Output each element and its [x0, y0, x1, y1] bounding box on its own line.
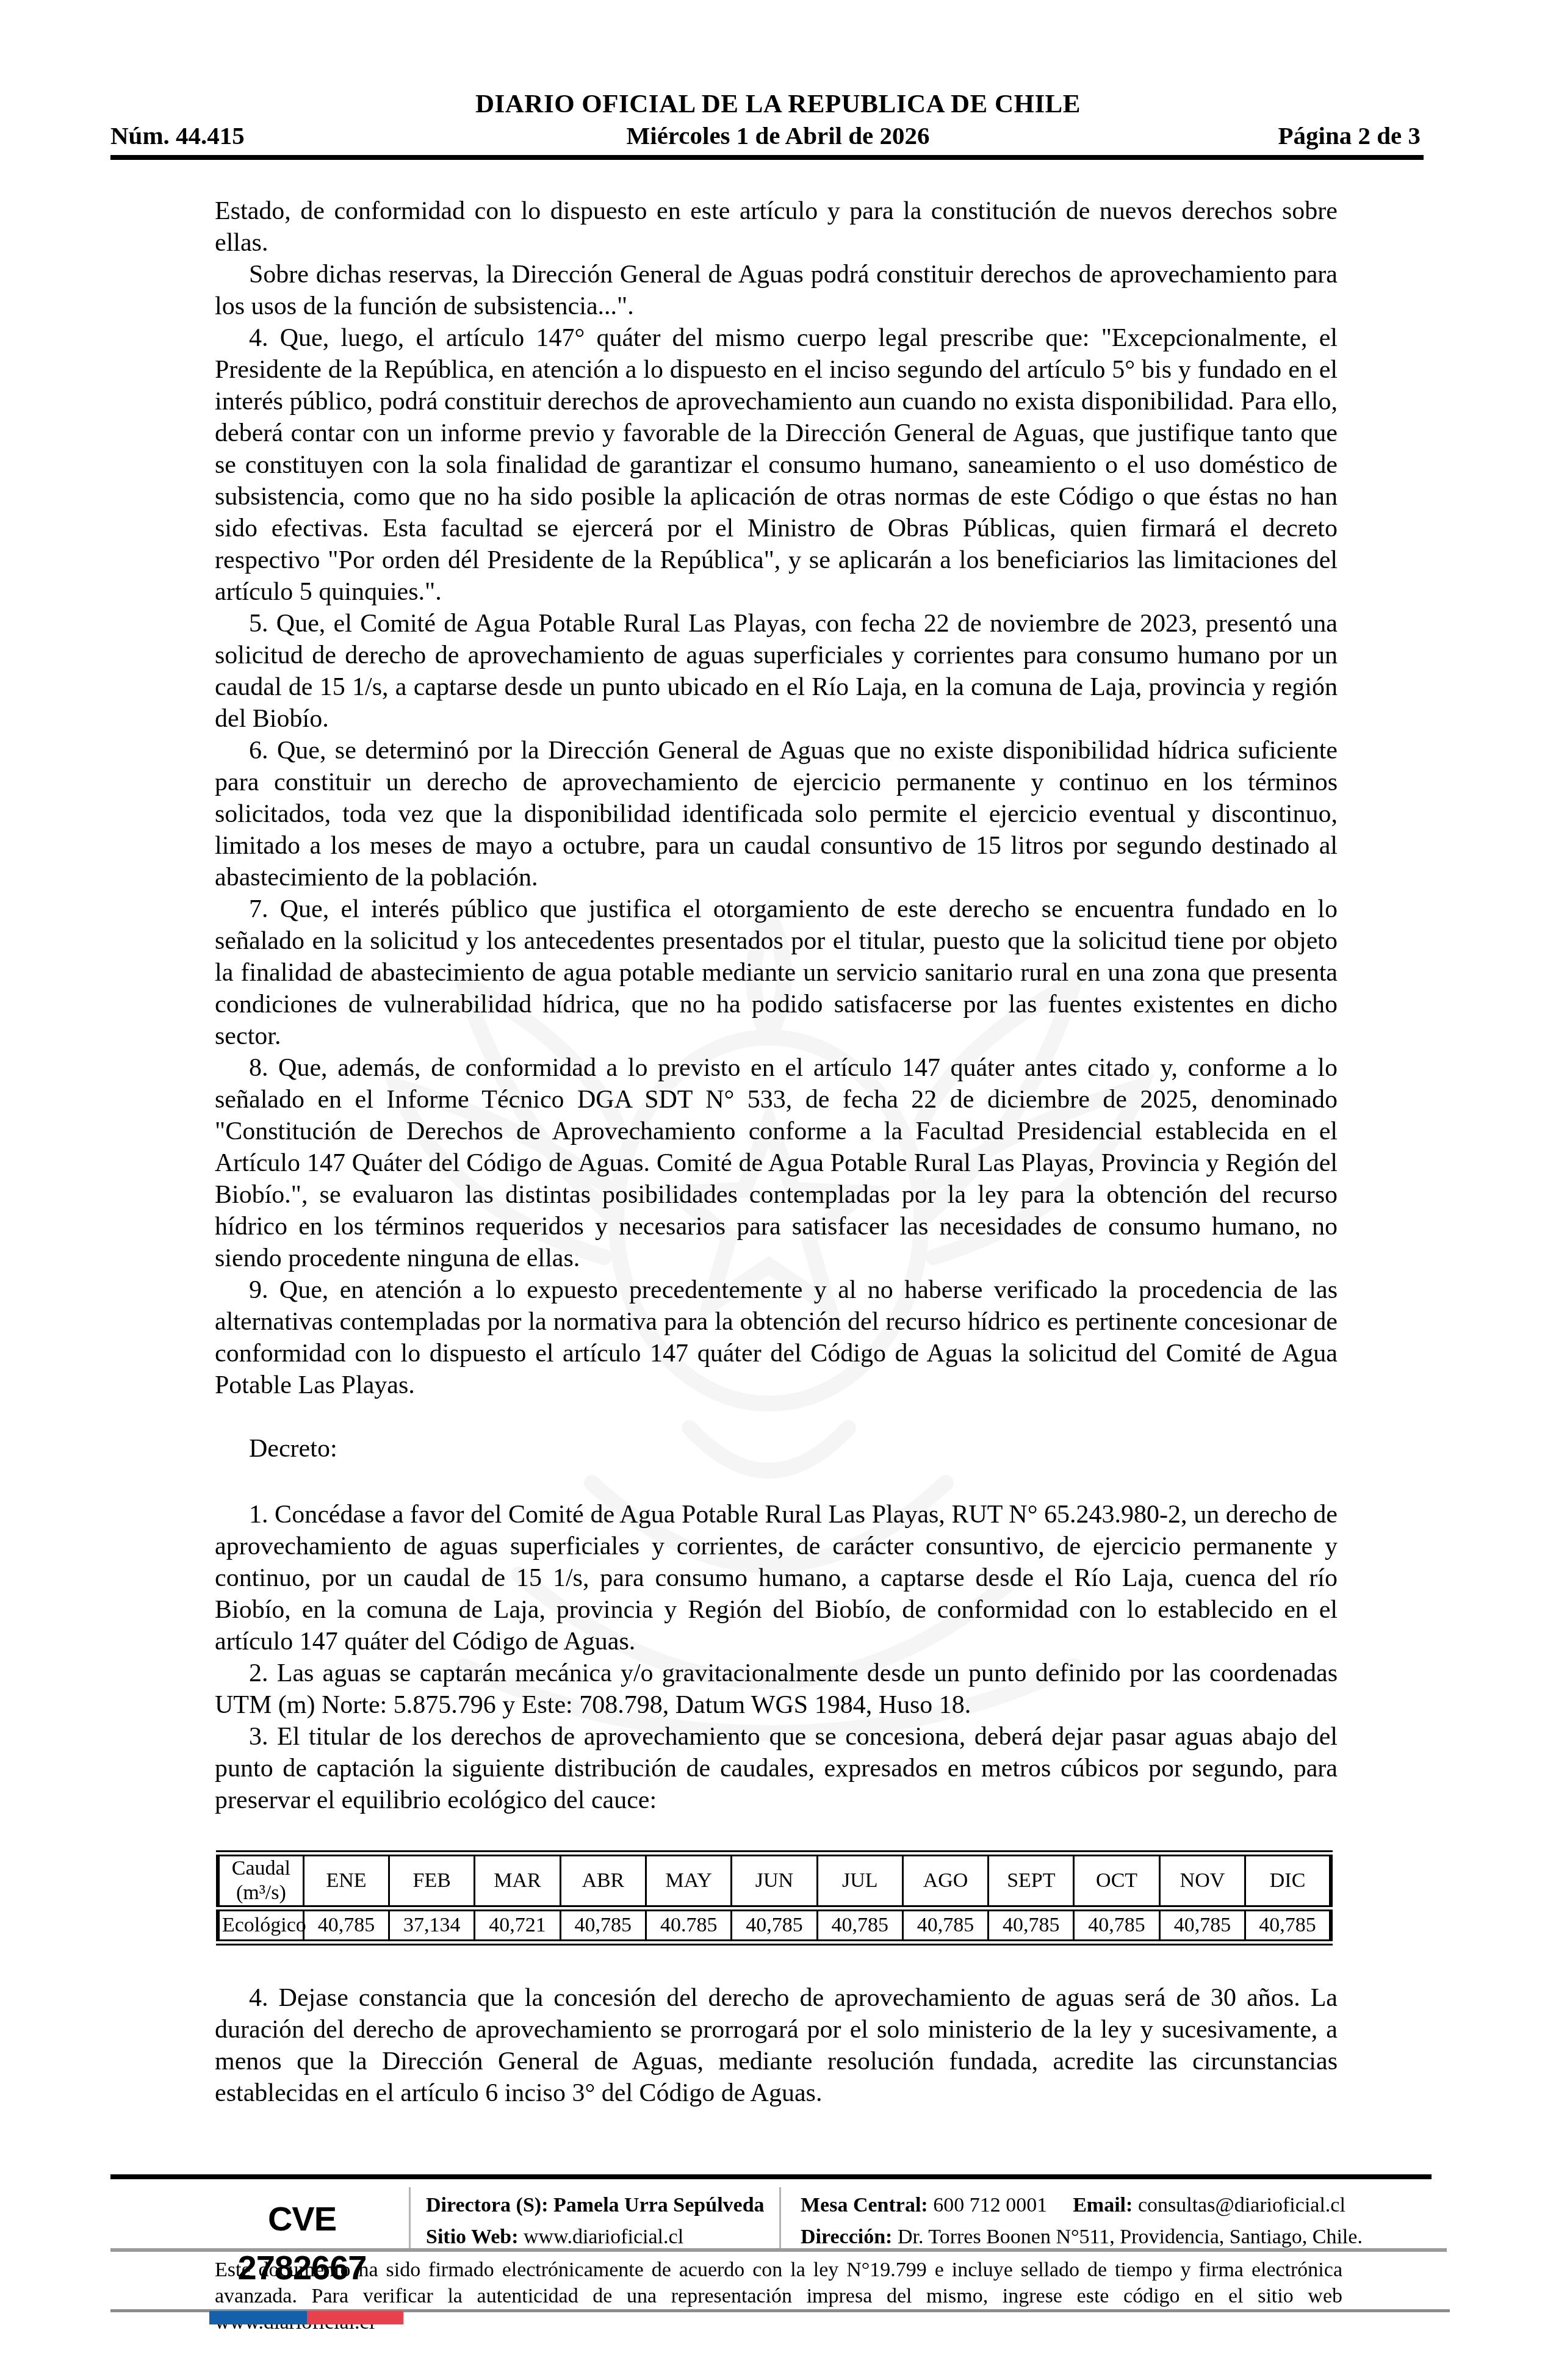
table-header-cell: AGO — [902, 1853, 988, 1908]
table-cell: 40.785 — [646, 1908, 731, 1942]
body-paragraph: Estado, de conformidad con lo dispuesto … — [215, 195, 1338, 259]
table-cell: 40,785 — [817, 1908, 902, 1942]
page-indicator: Página 2 de 3 — [1278, 121, 1421, 150]
caudal-distribution-table: Caudal (m³/s)ENEFEBMARABRMAYJUNJULAGOSEP… — [216, 1850, 1333, 1945]
footer-label-value: Directora (S): Pamela Urra Sepúlveda — [426, 2194, 765, 2216]
table-cell: 40,785 — [902, 1908, 988, 1942]
body-paragraph: Sobre dichas reservas, la Dirección Gene… — [215, 259, 1338, 322]
table-header-cell: OCT — [1074, 1853, 1159, 1908]
table-cell: 40,785 — [303, 1908, 389, 1942]
body-paragraph: 3. El titular de los derechos de aprovec… — [215, 1721, 1338, 1816]
table-cell: Ecológico — [218, 1908, 303, 1942]
footer-value: consultas@diarioficial.cl — [1138, 2194, 1345, 2216]
table-cell: 40,785 — [732, 1908, 817, 1942]
body-paragraph: 6. Que, se determinó por la Dirección Ge… — [215, 735, 1338, 893]
footer-divider-2 — [779, 2187, 781, 2251]
footer-value: 600 712 0001 — [933, 2194, 1047, 2216]
footer-label: Mesa Central: — [801, 2194, 933, 2216]
footer-value: Dr. Torres Boonen N°511, Providencia, Sa… — [898, 2226, 1363, 2248]
footer-value: www.diarioficial.cl — [524, 2226, 683, 2248]
footer-label-value: Dirección: Dr. Torres Boonen N°511, Prov… — [801, 2226, 1363, 2248]
table-header-cell: NOV — [1159, 1853, 1245, 1908]
table-header-cell: MAR — [475, 1853, 560, 1908]
table-cell: 40,785 — [560, 1908, 646, 1942]
table-cell: 40,721 — [475, 1908, 560, 1942]
document-body: Estado, de conformidad con lo dispuesto … — [215, 195, 1338, 2109]
table-header-cell: MAY — [646, 1853, 731, 1908]
table-cell: 37,134 — [389, 1908, 475, 1942]
diario-oficial-page: DIARIO OFICIAL DE LA REPUBLICA DE CHILE … — [0, 0, 1556, 2380]
footer-gray-rule-1 — [110, 2248, 1447, 2252]
body-paragraph: 5. Que, el Comité de Agua Potable Rural … — [215, 608, 1338, 735]
footer-label-value: Sitio Web: www.diarioficial.cl — [426, 2226, 683, 2248]
gov-flag-blue-bar — [209, 2311, 307, 2324]
table-cell: 40,785 — [1074, 1908, 1159, 1942]
footer-label: Sitio Web: — [426, 2226, 524, 2248]
footer-contact-block: Mesa Central: 600 712 0001Email: consult… — [801, 2190, 1435, 2253]
footer-label: Email: — [1073, 2194, 1138, 2216]
body-paragraph: 2. Las aguas se captarán mecánica y/o gr… — [215, 1657, 1338, 1721]
table-cell: 40,785 — [1159, 1908, 1245, 1942]
table-header-row: Caudal (m³/s)ENEFEBMARABRMAYJUNJULAGOSEP… — [218, 1853, 1331, 1908]
table-header-cell: ABR — [560, 1853, 646, 1908]
table-header-cell: FEB — [389, 1853, 475, 1908]
table-header-cell: JUL — [817, 1853, 902, 1908]
header-rule — [110, 155, 1424, 160]
gov-flag-icon — [209, 2311, 403, 2324]
gov-flag-red-bar — [307, 2311, 403, 2324]
footer-value: Pamela Urra Sepúlveda — [553, 2194, 765, 2216]
footer-label-value: Email: consultas@diarioficial.cl — [1073, 2194, 1345, 2216]
table-header-cell: DIC — [1245, 1853, 1331, 1908]
footer-line: Mesa Central: 600 712 0001Email: consult… — [801, 2190, 1435, 2221]
footer-line: Directora (S): Pamela Urra Sepúlveda — [426, 2190, 768, 2221]
footer-top-rule — [110, 2174, 1432, 2179]
footer-divider-1 — [409, 2187, 411, 2251]
body-paragraph: 8. Que, además, de conformidad a lo prev… — [215, 1052, 1338, 1274]
body-paragraph: 4. Dejase constancia que la concesión de… — [215, 1982, 1338, 2109]
footer-label-value: Mesa Central: 600 712 0001 — [801, 2194, 1047, 2216]
gazette-title: DIARIO OFICIAL DE LA REPUBLICA DE CHILE — [0, 89, 1556, 119]
table-row: Ecológico40,78537,13440,72140,78540.7854… — [218, 1908, 1331, 1942]
body-paragraph: 4. Que, luego, el artículo 147° quáter d… — [215, 322, 1338, 608]
table-header-cell: Caudal (m³/s) — [218, 1853, 303, 1908]
table-header-cell: ENE — [303, 1853, 389, 1908]
table-cell: 40,785 — [1245, 1908, 1331, 1942]
decreto-heading: Decreto: — [215, 1433, 1338, 1465]
body-paragraph: 1. Concédase a favor del Comité de Agua … — [215, 1499, 1338, 1657]
table-header-cell: JUN — [732, 1853, 817, 1908]
footer-label: Directora (S): — [426, 2194, 553, 2216]
body-paragraph: 7. Que, el interés público que justifica… — [215, 893, 1338, 1052]
footer-label: Dirección: — [801, 2226, 898, 2248]
footer-director-block: Directora (S): Pamela Urra SepúlvedaSiti… — [426, 2190, 768, 2253]
body-paragraph: 9. Que, en atención a lo expuesto preced… — [215, 1274, 1338, 1401]
table-header-cell: SEPT — [989, 1853, 1074, 1908]
table-cell: 40,785 — [989, 1908, 1074, 1942]
